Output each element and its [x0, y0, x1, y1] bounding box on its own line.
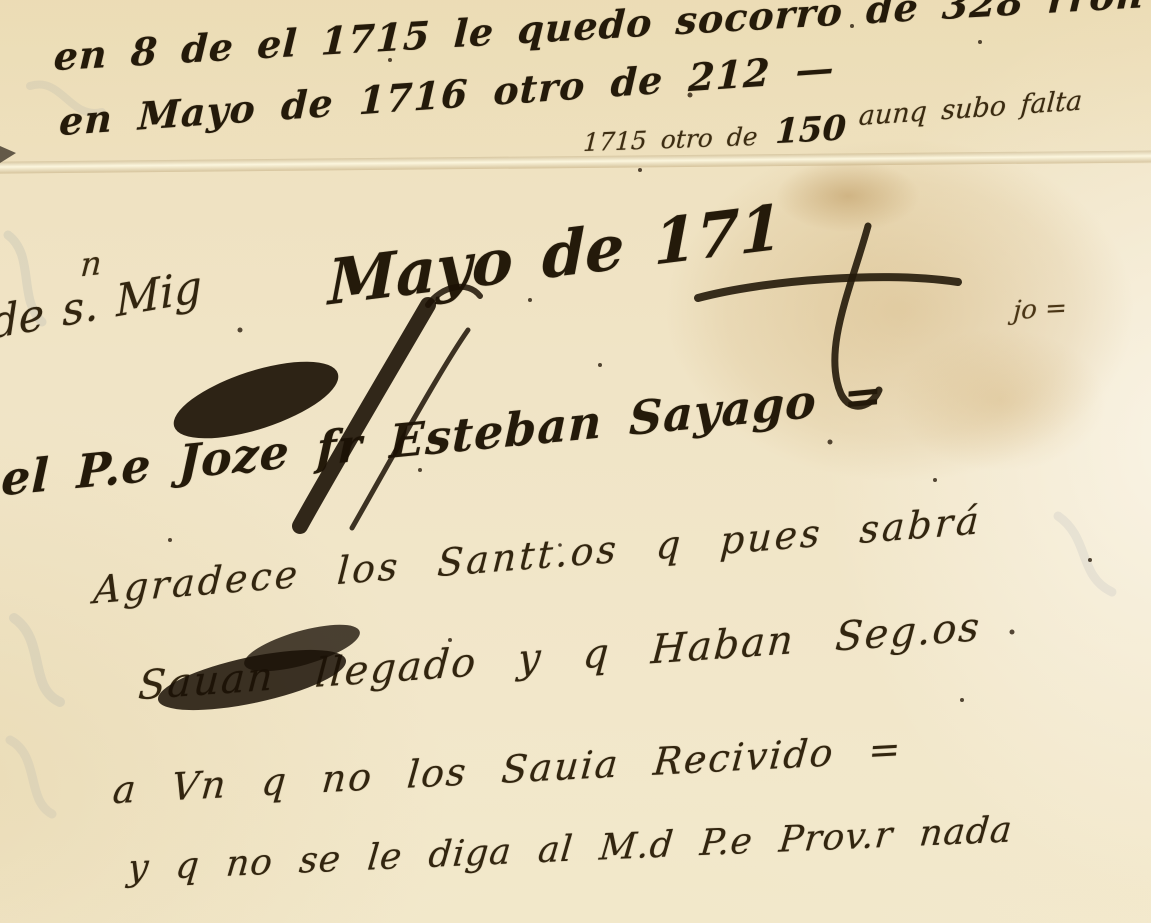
body-line-1: el P.e Joze fr Esteban Sayago = — [1, 367, 884, 506]
body-line-4: a Vn q no los Sauia Recivido = — [111, 727, 904, 813]
body-line-2: Agradece los Santt.os q pues sabrá — [92, 498, 983, 612]
heading-right-fragment: jo = — [1012, 293, 1067, 326]
annotation-line-3-value: 150 — [775, 108, 847, 152]
manuscript-page: en 8 de el 1715 le quedo socorro de 328 … — [0, 0, 1151, 923]
heading-left-fragment: de s. Mig — [0, 261, 203, 350]
body-line-3: Sauan llegado y q Haban Seg.os — [137, 604, 983, 709]
annotation-line-3-left: 1715 otro de — [582, 122, 758, 157]
heading-month-year: Mayo de 171 — [328, 190, 782, 319]
body-line-5: y q no se le diga al M.d P.e Prov.r nada — [126, 809, 1014, 889]
